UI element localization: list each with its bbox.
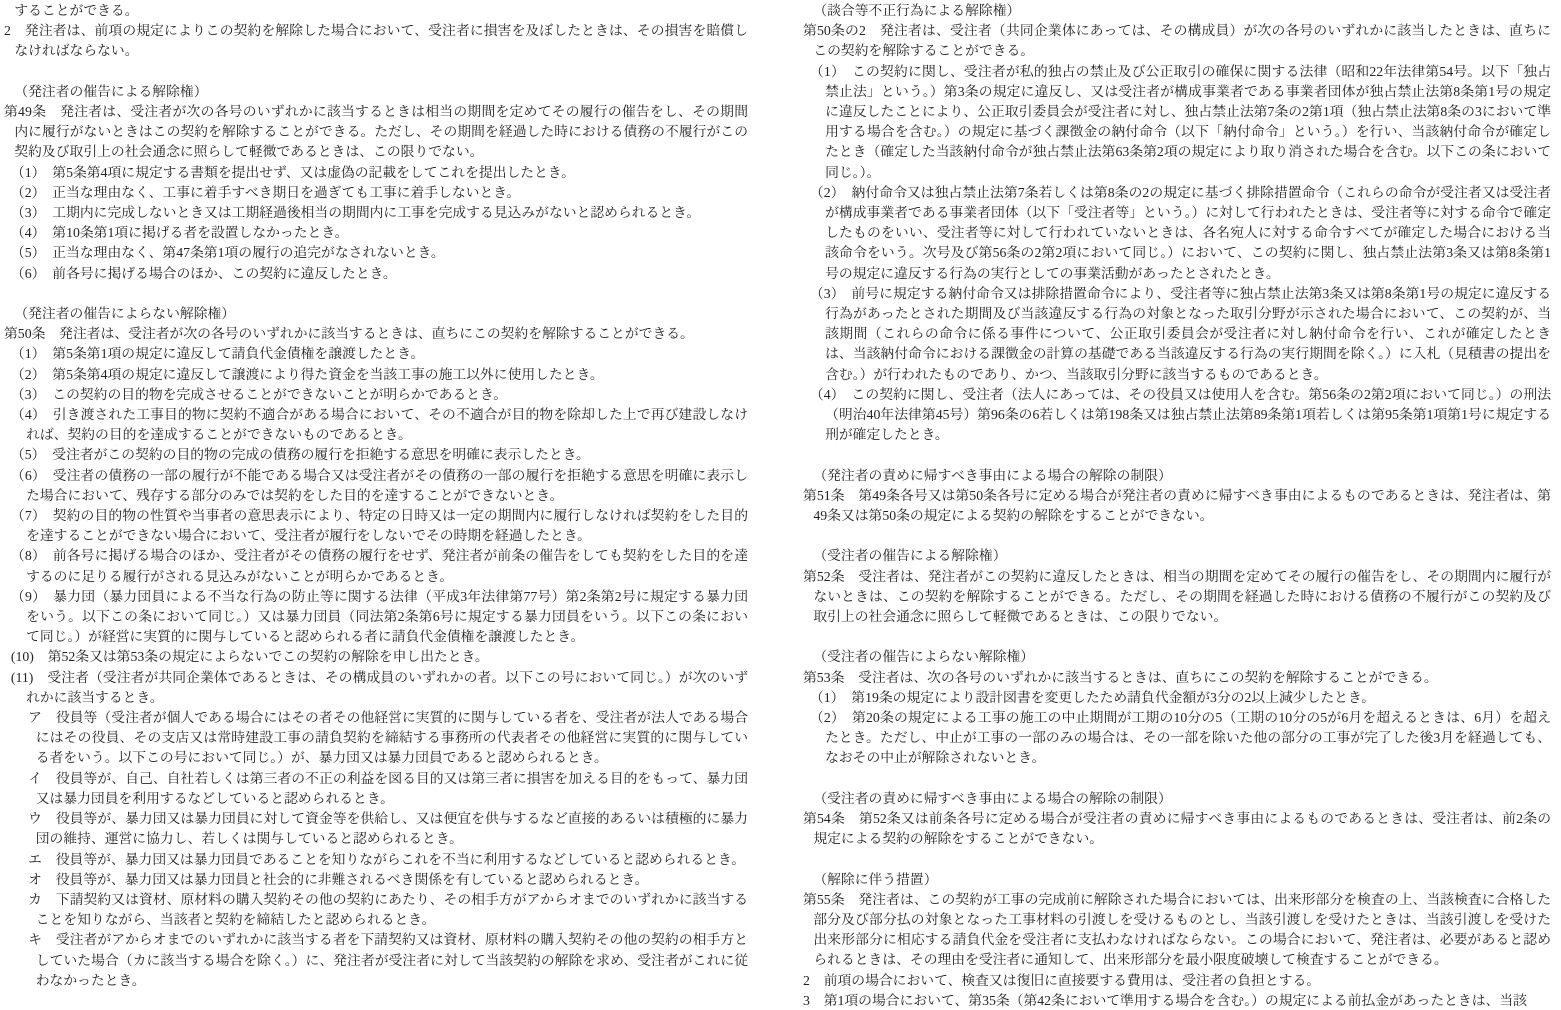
section-heading: （発注者の催告による解除権） xyxy=(4,82,748,102)
blank-line xyxy=(803,769,1551,789)
section-heading: （受注者の催告によらない解除権） xyxy=(803,647,1551,667)
item-paragraph: （4） 第10条第1項に掲げる者を設置しなかったとき。 xyxy=(4,223,748,243)
subitem-paragraph: カ 下請契約又は資材、原材料の購入契約その他の契約にあたり、その相手方がアからオ… xyxy=(4,890,748,930)
item-paragraph: (10) 第52条又は第53条の規定によらないでこの契約の解除を申し出たとき。 xyxy=(4,647,748,667)
article-paragraph: 第52条 受注者は、発注者がこの契約に違反したときは、相当の期間を定めてその履行… xyxy=(803,567,1551,628)
blank-line xyxy=(803,849,1551,869)
subitem-paragraph: キ 受注者がアからオまでのいずれかに該当する者を下請契約又は資材、原材料の購入契… xyxy=(4,930,748,991)
item-paragraph: （3） この契約の目的物を完成させることができないことが明らかであるとき。 xyxy=(4,385,748,405)
numbered-paragraph: 2 前項の場合において、検査又は復旧に直接要する費用は、受注者の負担とする。 xyxy=(803,971,1551,991)
blank-line xyxy=(803,445,1551,465)
item-paragraph: （9） 暴力団（暴力団員による不当な行為の防止等に関する法律（平成3年法律第77… xyxy=(4,587,748,648)
item-paragraph: （3） 工期内に完成しないとき又は工期経過後相当の期間内に工事を完成する見込みが… xyxy=(4,203,748,223)
contract-document-page: することができる。2 発注者は、前項の規定によりこの契約を解除した場合において、… xyxy=(0,0,1561,1010)
article-paragraph: 第55条 発注者は、この契約が工事の完成前に解除された場合においては、出来形部分… xyxy=(803,890,1551,971)
item-paragraph: （7） 契約の目的物の性質や当事者の意思表示により、特定の日時又は一定の期間内に… xyxy=(4,506,748,546)
subitem-paragraph: ウ 役員等が、暴力団又は暴力団員に対して資金等を供給し、又は便宜を供与するなど直… xyxy=(4,809,748,849)
article-paragraph: 第53条 受注者は、次の各号のいずれかに該当するときは、直ちにこの契約を解除する… xyxy=(803,668,1551,688)
item-paragraph: （8） 前各号に掲げる場合のほか、受注者がその債務の履行をせず、発注者が前条の催… xyxy=(4,546,748,586)
item-paragraph: （3） 前号に規定する納付命令又は排除措置命令により、受注者等に独占禁止法第3条… xyxy=(803,284,1551,385)
section-heading: （発注者の催告によらない解除権） xyxy=(4,304,748,324)
article-paragraph: 第51条 第49条各号又は第50条各号に定める場合が発注者の責めに帰すべき事由に… xyxy=(803,486,1551,526)
item-paragraph: （5） 正当な理由なく、第47条第1項の履行の追完がなされないとき。 xyxy=(4,243,748,263)
item-paragraph: (11) 受注者（受注者が共同企業体であるときは、その構成員のいずれかの者。以下… xyxy=(4,668,748,708)
blank-line xyxy=(4,284,748,304)
numbered-paragraph: 2 発注者は、前項の規定によりこの契約を解除した場合において、受注者に損害を及ぼ… xyxy=(4,21,748,61)
section-heading: （発注者の責めに帰すべき事由による場合の解除の制限） xyxy=(803,466,1551,486)
item-paragraph: （5） 受注者がこの契約の目的物の完成の債務の履行を拒絶する意思を明確に表示した… xyxy=(4,445,748,465)
continuation-paragraph: することができる。 xyxy=(4,1,748,21)
item-paragraph: （1） 第5条第4項に規定する書類を提出せず、又は虚偽の記載をしてこれを提出した… xyxy=(4,163,748,183)
item-paragraph: （4） この契約に関し、受注者（法人にあっては、その役員又は使用人を含む。第56… xyxy=(803,385,1551,446)
right-column: （談合等不正行為による解除権）第50条の2 発注者は、受注者（共同企業体にあって… xyxy=(803,1,1551,1010)
item-paragraph: （6） 前各号に掲げる場合のほか、この契約に違反したとき。 xyxy=(4,264,748,284)
subitem-paragraph: エ 役員等が、暴力団又は暴力団員であることを知りながらこれを不当に利用するなどし… xyxy=(4,850,748,870)
numbered-paragraph: 3 第1項の場合において、第35条（第42条において準用する場合を含む。）の規定… xyxy=(803,991,1551,1010)
article-paragraph: 第50条の2 発注者は、受注者（共同企業体にあっては、その構成員）が次の各号のい… xyxy=(803,21,1551,61)
item-paragraph: （4） 引き渡された工事目的物に契約不適合がある場合において、その不適合が目的物… xyxy=(4,405,748,445)
item-paragraph: （2） 納付命令又は独占禁止法第7条若しくは第8条の2の規定に基づく排除措置命令… xyxy=(803,183,1551,284)
item-paragraph: （2） 正当な理由なく、工事に着手すべき期日を過ぎても工事に着手しないとき。 xyxy=(4,183,748,203)
section-heading: （談合等不正行為による解除権） xyxy=(803,1,1551,21)
subitem-paragraph: ア 役員等（受注者が個人である場合にはその者その他経営に実質的に関与している者を… xyxy=(4,708,748,769)
blank-line xyxy=(803,526,1551,546)
article-paragraph: 第50条 発注者は、受注者が次の各号のいずれかに該当するときは、直ちにこの契約を… xyxy=(4,324,748,344)
item-paragraph: （1） 第5条第1項の規定に違反して請負代金債権を譲渡したとき。 xyxy=(4,344,748,364)
article-paragraph: 第54条 第52条又は前条各号に定める場合が受注者の責めに帰すべき事由によるもの… xyxy=(803,809,1551,849)
subitem-paragraph: イ 役員等が、自己、自社若しくは第三者の不正の利益を図る目的又は第三者に損害を加… xyxy=(4,769,748,809)
article-paragraph: 第49条 発注者は、受注者が次の各号のいずれかに該当するときは相当の期間を定めて… xyxy=(4,102,748,163)
item-paragraph: （1） 第19条の規定により設計図書を変更したため請負代金額が3分の2以上減少し… xyxy=(803,688,1551,708)
subitem-paragraph: オ 役員等が、暴力団又は暴力団員と社会的に非難されるべき関係を有していると認めら… xyxy=(4,870,748,890)
section-heading: （受注者の催告による解除権） xyxy=(803,546,1551,566)
blank-line xyxy=(803,627,1551,647)
section-heading: （解除に伴う措置） xyxy=(803,870,1551,890)
left-column: することができる。2 発注者は、前項の規定によりこの契約を解除した場合において、… xyxy=(4,1,748,991)
item-paragraph: （6） 受注者の債務の一部の履行が不能である場合又は受注者がその債務の一部の履行… xyxy=(4,466,748,506)
item-paragraph: （2） 第20条の規定による工事の施工の中止期間が工期の10分の5（工期の10分… xyxy=(803,708,1551,769)
section-heading: （受注者の責めに帰すべき事由による場合の解除の制限） xyxy=(803,789,1551,809)
item-paragraph: （1） この契約に関し、受注者が私的独占の禁止及び公正取引の確保に関する法律（昭… xyxy=(803,62,1551,183)
blank-line xyxy=(4,62,748,82)
item-paragraph: （2） 第5条第4項の規定に違反して譲渡により得た資金を当該工事の施工以外に使用… xyxy=(4,365,748,385)
